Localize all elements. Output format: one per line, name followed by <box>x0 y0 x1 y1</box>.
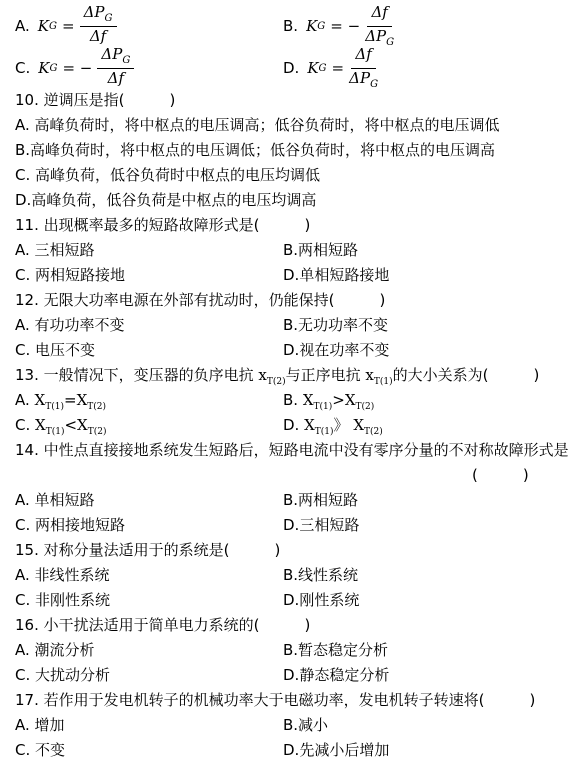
option-label-c: C. <box>15 59 30 77</box>
x-sub: T(2) <box>364 427 383 437</box>
formula-lhs: K <box>38 59 49 77</box>
question-12-option-d: D.视在功率不变 <box>283 338 565 363</box>
question-15-option-c: C. 非刚性系统 <box>15 588 283 613</box>
question-16-stem: 16. 小干扰法适用于简单电力系统的( ) <box>15 613 565 638</box>
formula-option-b: B. KG = − Δf ΔPG <box>283 4 565 48</box>
question-17-stem: 17. 若作用于发电机转子的机械功率大于电磁功率，发电机转子转速将( ) <box>15 688 565 713</box>
question-14-option-b: B.两相短路 <box>283 488 565 513</box>
x-sub: T(1) <box>314 402 333 412</box>
question-15-options: A. 非线性系统 B.线性系统 C. 非刚性系统 D.刚性系统 <box>15 563 565 613</box>
fraction-numerator: ΔP <box>84 3 105 21</box>
question-14-paren-line: ( ) <box>15 463 565 488</box>
formula-options-row-1: A. KG = ΔPG Δf B. KG = − Δf ΔPG <box>15 4 565 46</box>
question-11-option-b: B.两相短路 <box>283 238 565 263</box>
formula-lhs-sub: G <box>49 21 57 32</box>
x-sub: T(1) <box>315 427 334 437</box>
formula-lhs: K <box>38 17 49 35</box>
question-16-option-a: A. 潮流分析 <box>15 638 283 663</box>
denominator-sub: G <box>370 79 378 90</box>
x-var: X <box>77 391 88 409</box>
reactance-sub: T(1) <box>374 377 393 387</box>
question-15-option-b: B.线性系统 <box>283 563 565 588</box>
question-15-option-a: A. 非线性系统 <box>15 563 283 588</box>
question-13-options: A. XT(1)=XT(2) B. XT(1)>XT(2) C. XT(1)<X… <box>15 388 565 438</box>
question-11-options: A. 三相短路 B.两相短路 C. 两相短路接地 D.单相短路接地 <box>15 238 565 288</box>
fraction: Δf ΔPG <box>365 4 394 48</box>
x-sub: T(2) <box>356 402 375 412</box>
x-var: X <box>303 391 314 409</box>
fraction-denominator: Δf <box>90 27 106 45</box>
fraction-denominator: ΔP <box>349 69 370 87</box>
question-15-option-d: D.刚性系统 <box>283 588 565 613</box>
question-10-option-d: D.高峰负荷，低谷负荷是中枢点的电压均调高 <box>15 188 565 213</box>
x-sub: T(1) <box>45 402 64 412</box>
question-17-option-b: B.减小 <box>283 713 565 738</box>
question-10-stem: 10. 逆调压是指( ) <box>15 88 565 113</box>
equals-sign: = − <box>330 17 360 35</box>
stem-text: 13. 一般情况下，变压器的负序电抗 <box>15 366 258 384</box>
equals-sign: = − <box>62 59 92 77</box>
option-label-b: B. <box>283 17 298 35</box>
x-var: X <box>35 416 46 434</box>
equals-sign: = <box>332 59 345 77</box>
option-label: B. <box>283 391 303 409</box>
exam-page: A. KG = ΔPG Δf B. KG = − Δf ΔPG <box>0 0 580 766</box>
option-label: A. <box>15 391 35 409</box>
question-17-option-c: C. 不变 <box>15 738 283 763</box>
question-17-option-a: A. 增加 <box>15 713 283 738</box>
question-16-option-d: D.静态稳定分析 <box>283 663 565 688</box>
question-12-stem: 12. 无限大功率电源在外部有扰动时，仍能保持( ) <box>15 288 565 313</box>
fraction-numerator: Δf <box>371 3 387 21</box>
formula-option-d: D. KG = Δf ΔPG <box>283 46 565 90</box>
fraction: ΔPG Δf <box>97 46 134 90</box>
numerator-sub: G <box>105 13 113 24</box>
question-14-option-a: A. 单相短路 <box>15 488 283 513</box>
question-15-stem: 15. 对称分量法适用于的系统是( ) <box>15 538 565 563</box>
question-14-option-c: C. 两相接地短路 <box>15 513 283 538</box>
relation-op: = <box>64 391 77 409</box>
fraction: Δf ΔPG <box>349 46 378 90</box>
question-16-option-b: B.暂态稳定分析 <box>283 638 565 663</box>
formula-lhs-sub: G <box>319 63 327 74</box>
relation-op: 》 <box>334 416 354 434</box>
fraction-numerator: ΔP <box>101 45 122 63</box>
question-10-option-b: B.高峰负荷时，将中枢点的电压调低；低谷负荷时，将中枢点的电压调高 <box>15 138 565 163</box>
question-14-stem: 14. 中性点直接接地系统发生短路后，短路电流中没有零序分量的不对称故障形式是 <box>15 438 565 463</box>
formula-option-c: C. KG = − ΔPG Δf <box>15 46 283 90</box>
reactance-var: x <box>258 366 266 384</box>
formula-lhs: K <box>307 59 318 77</box>
fraction-denominator: Δf <box>108 69 124 87</box>
formula-lhs-sub: G <box>317 21 325 32</box>
question-17-option-d: D.先减小后增加 <box>283 738 565 763</box>
option-label: C. <box>15 416 35 434</box>
question-12-option-b: B.无功功率不变 <box>283 313 565 338</box>
question-10-option-a: A. 高峰负荷时，将中枢点的电压调高；低谷负荷时，将中枢点的电压调低 <box>15 113 565 138</box>
option-label-a: A. <box>15 17 30 35</box>
formula-lhs: K <box>306 17 317 35</box>
reactance-var: x <box>365 366 373 384</box>
question-17-options: A. 增加 B.减小 C. 不变 D.先减小后增加 <box>15 713 565 763</box>
x-var: X <box>353 416 364 434</box>
x-var: X <box>77 416 88 434</box>
fraction: ΔPG Δf <box>80 4 117 48</box>
question-11-option-c: C. 两相短路接地 <box>15 263 283 288</box>
question-11-option-a: A. 三相短路 <box>15 238 283 263</box>
question-12-option-c: C. 电压不变 <box>15 338 283 363</box>
x-sub: T(2) <box>87 402 106 412</box>
question-11-stem: 11. 出现概率最多的短路故障形式是( ) <box>15 213 565 238</box>
x-var: X <box>35 391 46 409</box>
question-16-option-c: C. 大扰动分析 <box>15 663 283 688</box>
stem-text: 与正序电抗 <box>286 366 366 384</box>
question-13-option-c: C. XT(1)<XT(2) <box>15 413 283 438</box>
question-16-options: A. 潮流分析 B.暂态稳定分析 C. 大扰动分析 D.静态稳定分析 <box>15 638 565 688</box>
question-13-stem: 13. 一般情况下，变压器的负序电抗 xT(2)与正序电抗 xT(1)的大小关系… <box>15 363 565 388</box>
question-14-option-d: D.三相短路 <box>283 513 565 538</box>
question-13-option-d: D. XT(1)》 XT(2) <box>283 413 565 438</box>
formula-options-row-2: C. KG = − ΔPG Δf D. KG = Δf ΔPG <box>15 46 565 88</box>
question-13-option-a: A. XT(1)=XT(2) <box>15 388 283 413</box>
question-10-option-c: C. 高峰负荷，低谷负荷时中枢点的电压均调低 <box>15 163 565 188</box>
formula-option-a: A. KG = ΔPG Δf <box>15 4 283 48</box>
equals-sign: = <box>62 17 75 35</box>
x-var: X <box>304 416 315 434</box>
fraction-numerator: Δf <box>355 45 371 63</box>
option-label-d: D. <box>283 59 299 77</box>
fraction-denominator: ΔP <box>365 27 386 45</box>
x-sub: T(1) <box>46 427 65 437</box>
question-11-option-d: D.单相短路接地 <box>283 263 565 288</box>
question-13-option-b: B. XT(1)>XT(2) <box>283 388 565 413</box>
question-12-options: A. 有功功率不变 B.无功功率不变 C. 电压不变 D.视在功率不变 <box>15 313 565 363</box>
numerator-sub: G <box>122 55 130 66</box>
x-sub: T(2) <box>88 427 107 437</box>
relation-op: < <box>64 416 77 434</box>
option-label: D. <box>283 416 304 434</box>
stem-text: 的大小关系为( ) <box>393 366 540 384</box>
reactance-sub: T(2) <box>267 377 286 387</box>
formula-lhs-sub: G <box>49 63 57 74</box>
question-14-options: A. 单相短路 B.两相短路 C. 两相接地短路 D.三相短路 <box>15 488 565 538</box>
relation-op: > <box>332 391 345 409</box>
question-12-option-a: A. 有功功率不变 <box>15 313 283 338</box>
x-var: X <box>345 391 356 409</box>
